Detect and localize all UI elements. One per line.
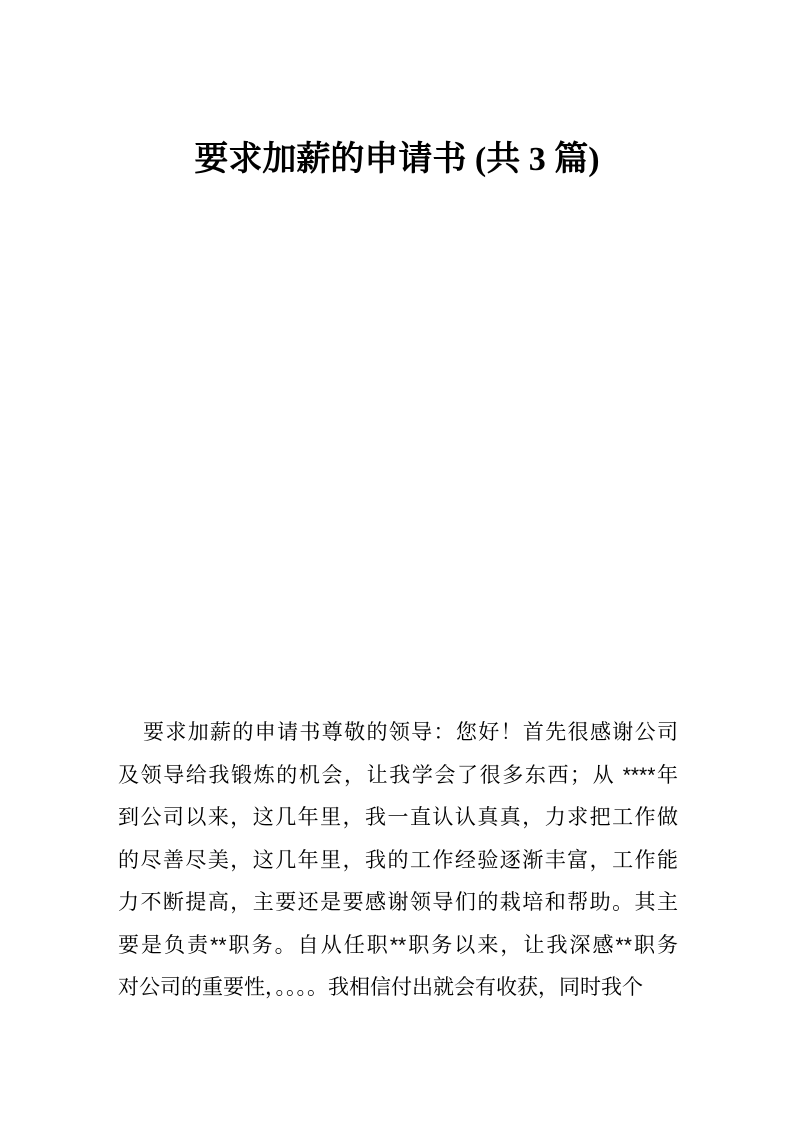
paragraph-line-6: 要是负责**职务。自从任职**职务以来，让我深感**职务 bbox=[118, 925, 678, 968]
paragraph-line-3: 到公司以来，这几年里，我一直认认真真，力求把工作做 bbox=[118, 797, 678, 840]
paragraph-line-2: 及领导给我锻炼的机会，让我学会了很多东西；从 ****年 bbox=[118, 755, 678, 798]
paragraph-line-7: 对公司的重要性，。。。。我相信付出就会有收获，同时我个 bbox=[118, 967, 678, 1010]
paragraph-line-1: 要求加薪的申请书尊敬的领导：您好！首先很感谢公司 bbox=[118, 712, 678, 755]
document-title: 要求加薪的申请书 (共 3 篇) bbox=[0, 137, 794, 183]
document-page: 要求加薪的申请书 (共 3 篇) 要求加薪的申请书尊敬的领导：您好！首先很感谢公… bbox=[0, 0, 794, 1123]
paragraph-line-4: 的尽善尽美，这几年里，我的工作经验逐渐丰富，工作能 bbox=[118, 840, 678, 883]
body-paragraph: 要求加薪的申请书尊敬的领导：您好！首先很感谢公司 及领导给我锻炼的机会，让我学会… bbox=[118, 712, 678, 1010]
paragraph-line-5: 力不断提高，主要还是要感谢领导们的栽培和帮助。其主 bbox=[118, 882, 678, 925]
